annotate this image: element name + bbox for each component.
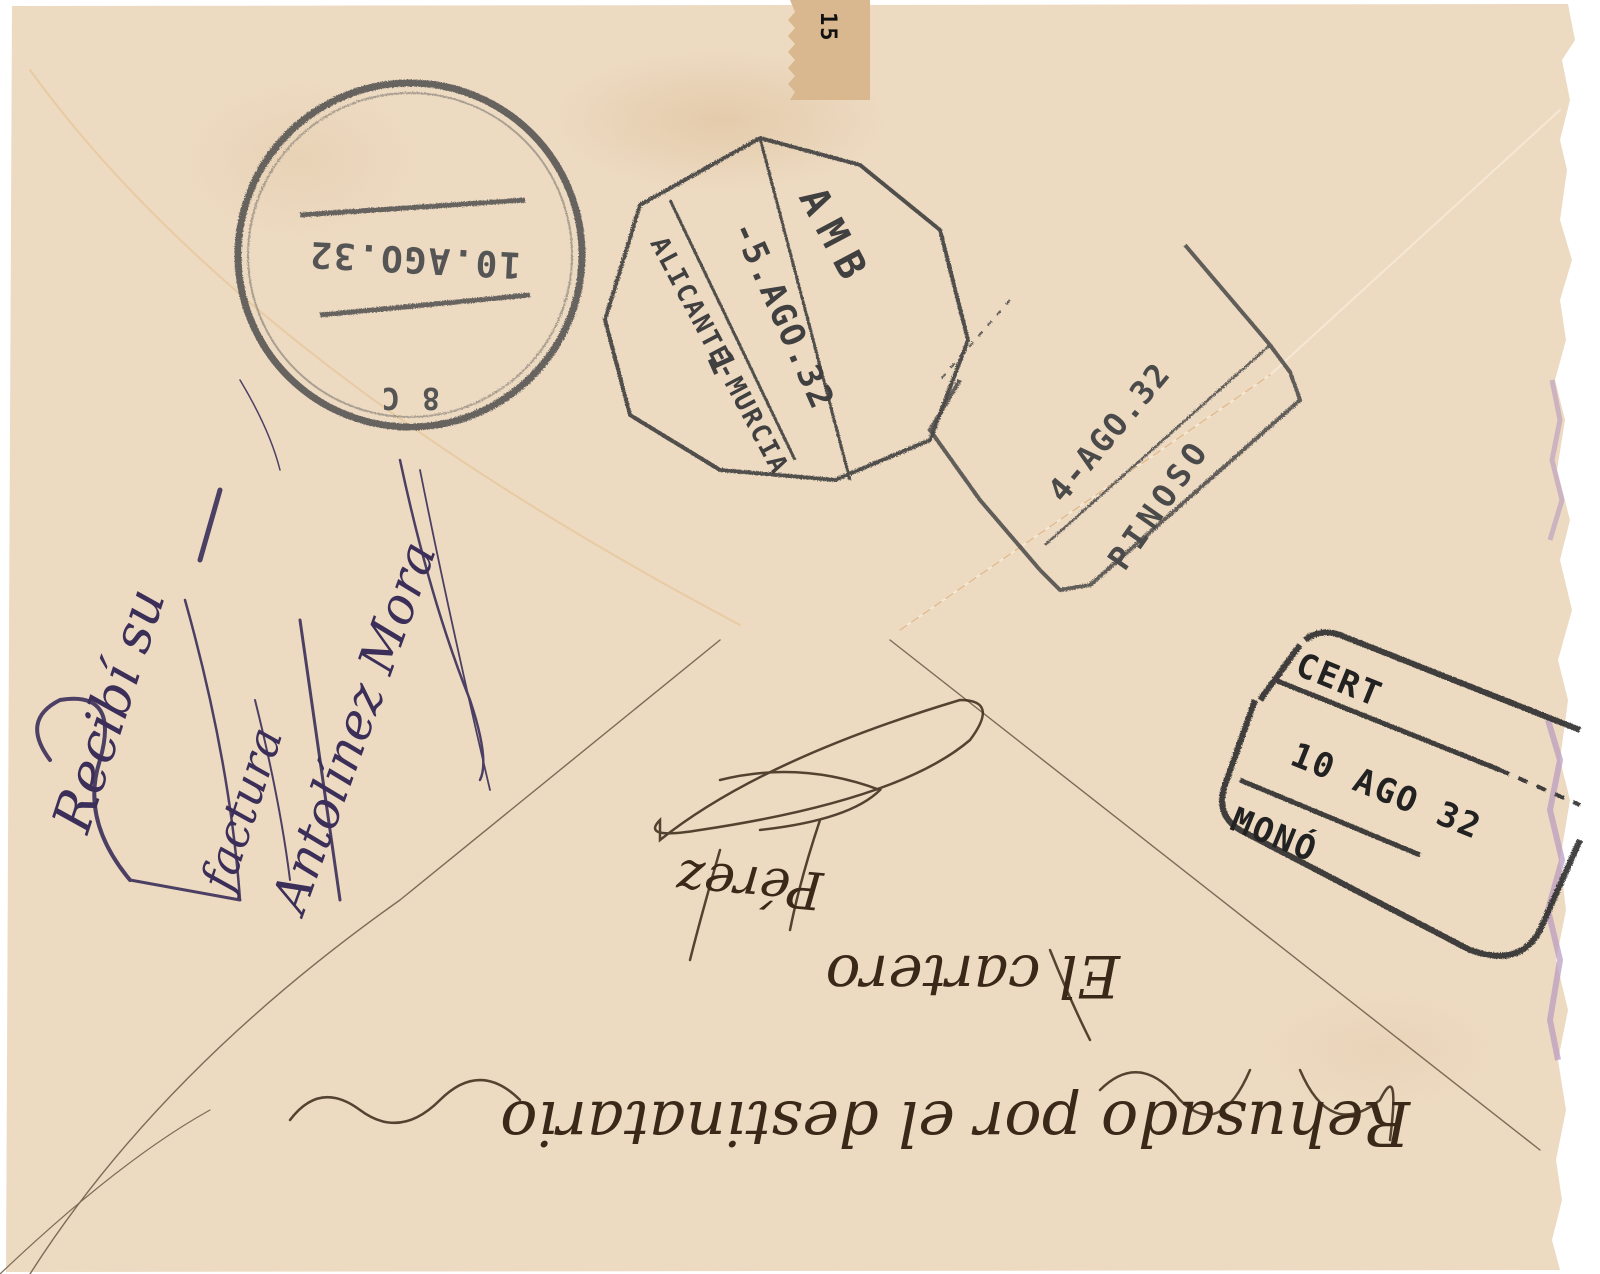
envelope-back: 15 10.AGO.32 8 C AMB -5.AGO.32 1 ALICANT…: [0, 0, 1600, 1274]
circular-postmark-bottom: 8 C: [380, 380, 440, 415]
bottom-note-line-2: El cartero: [826, 942, 1120, 1010]
envelope-paper: [0, 0, 1600, 1274]
stamp-fragment-number: 15: [815, 12, 840, 43]
bottom-note-line-1: Rehusado por el destinatario: [500, 1087, 1410, 1160]
bottom-note-line-3: Pérez: [674, 847, 825, 920]
